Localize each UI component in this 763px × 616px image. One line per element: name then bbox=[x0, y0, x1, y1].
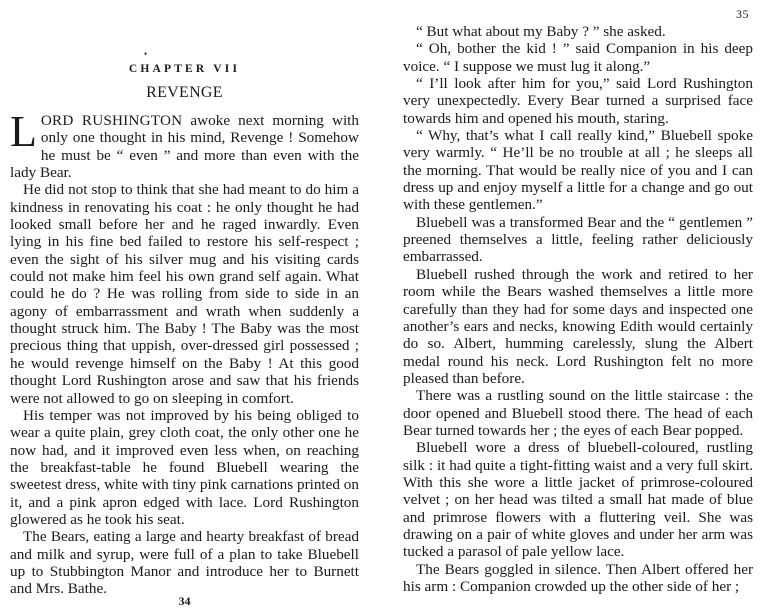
left-page: • CHAPTER VII REVENGE LORD RUSHINGTON aw… bbox=[10, 0, 359, 616]
paragraph: There was a rustling sound on the little… bbox=[403, 387, 753, 439]
paragraph: He did not stop to think that she had me… bbox=[10, 181, 359, 406]
left-page-body: LORD RUSHINGTON awoke next morning with … bbox=[10, 112, 359, 598]
chapter-number: CHAPTER VII bbox=[10, 63, 359, 75]
paragraph: “ But what about my Baby ? ” she asked. bbox=[403, 23, 753, 40]
scan-speck: • bbox=[144, 49, 147, 59]
paragraph: Bluebell rushed through the work and ret… bbox=[403, 266, 753, 387]
right-page: 35 “ But what about my Baby ? ” she aske… bbox=[403, 0, 753, 616]
paragraph: The Bears, eating a large and hearty bre… bbox=[10, 528, 359, 597]
paragraph: Bluebell wore a dress of bluebell-colour… bbox=[403, 439, 753, 560]
paragraph: “ Oh, bother the kid ! ” said Companion … bbox=[403, 40, 753, 75]
drop-cap: L bbox=[10, 115, 37, 149]
paragraph: The Bears goggled in silence. Then Alber… bbox=[403, 561, 753, 596]
chapter-title: REVENGE bbox=[10, 84, 359, 102]
right-page-body: “ But what about my Baby ? ” she asked. … bbox=[403, 23, 753, 595]
paragraph: “ I’ll look after him for you,” said Lor… bbox=[403, 75, 753, 127]
opening-small-caps: ORD RUSHINGTON bbox=[41, 112, 182, 129]
paragraph: His temper was not improved by his being… bbox=[10, 407, 359, 528]
paragraph: Bluebell was a transformed Bear and the … bbox=[403, 214, 753, 266]
paragraph: “ Why, that’s what I call really kind,” … bbox=[403, 127, 753, 214]
page-number: 35 bbox=[736, 7, 749, 22]
paragraph: LORD RUSHINGTON awoke next morning with … bbox=[10, 112, 359, 181]
page-number: 34 bbox=[10, 594, 359, 609]
